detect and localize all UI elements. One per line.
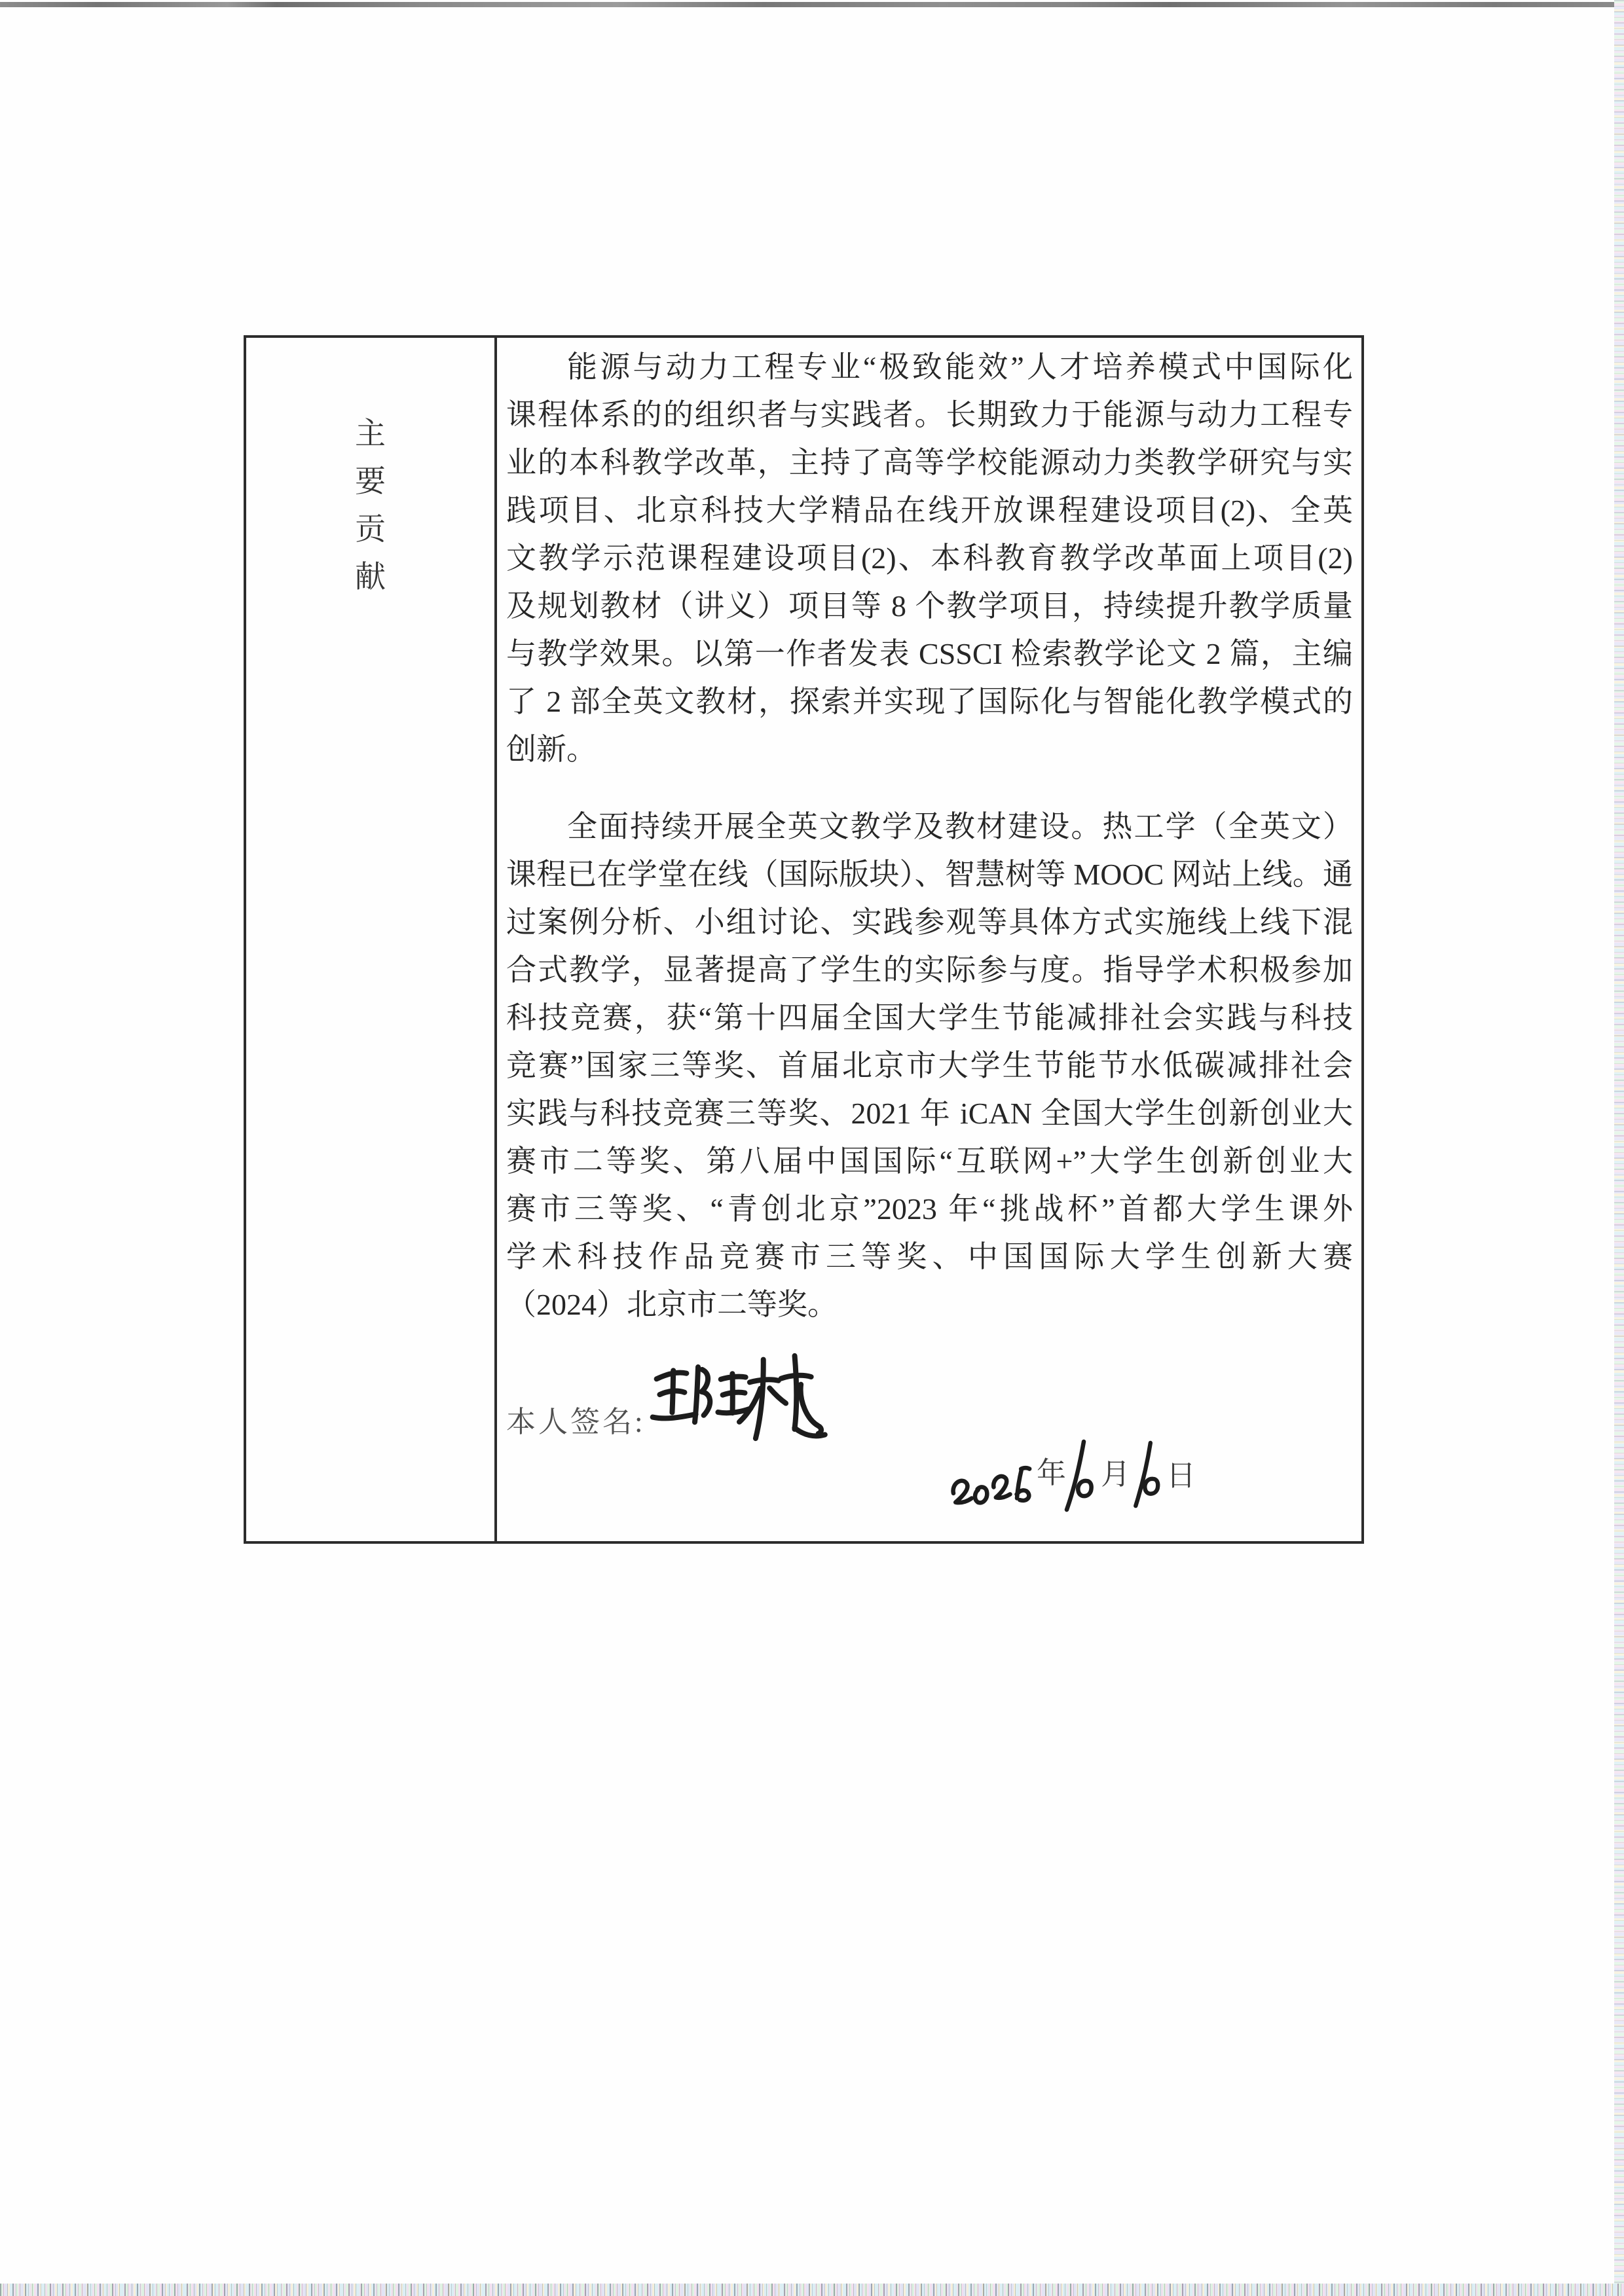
text-line: 了 2 部全英文教材，探索并实现了国际化与智能化教学模式的	[506, 678, 1353, 725]
text-line: 赛市三等奖、“青创北京”2023 年“挑战杯”首都大学生课外	[506, 1185, 1353, 1233]
handwritten-year	[948, 1461, 1033, 1508]
text-line: 学术科技作品竞赛市三等奖、中国国际大学生创新大赛	[506, 1233, 1353, 1281]
text-line: 及规划教材（讲义）项目等 8 个教学项目，持续提升教学质量	[506, 582, 1353, 630]
text-line: 业的本科教学改革，主持了高等学校能源动力类教学研究与实	[506, 439, 1353, 486]
text-line: 过案例分析、小组讨论、实践参观等具体方式实施线上线下混	[506, 898, 1353, 946]
scan-noise-right	[1614, 0, 1624, 2296]
signature-label: 本人签名:	[506, 1405, 646, 1439]
handwritten-month	[1060, 1439, 1096, 1512]
text-line: （2024）北京市二等奖。	[506, 1281, 1353, 1328]
text-line: 科技竞赛，获“第十四届全国大学生节能减排社会实践与科技	[506, 994, 1353, 1042]
text-line: 竞赛”国家三等奖、首届北京市大学生节能节水低碳减排社会	[506, 1042, 1353, 1089]
paragraph-courses-awards: 全面持续开展全英文教学及教材建设。热工学（全英文）课程已在学堂在线（国际版块）、…	[506, 803, 1353, 1328]
text-line: 课程已在学堂在线（国际版块）、智慧树等 MOOC 网站上线。通	[506, 850, 1353, 898]
handwritten-signature	[646, 1354, 829, 1452]
row-header-vertical-label: 主要贡献	[246, 419, 494, 593]
text-line: 课程体系的的组织者与实践者。长期致力于能源与动力工程专	[506, 391, 1353, 439]
signature-date: 年 月 日	[944, 1438, 1251, 1526]
row-header-char: 要	[355, 467, 386, 498]
contribution-table: 主要贡献 能源与动力工程专业“极致能效”人才培养模式中国际化课程体系的的组织者与…	[244, 335, 1364, 1544]
text-line: 创新。	[506, 725, 1353, 773]
text-line: 能源与动力工程专业“极致能效”人才培养模式中国际化	[506, 343, 1353, 391]
handwritten-day	[1126, 1442, 1164, 1510]
row-header-char: 献	[355, 562, 386, 593]
text-line: 赛市二等奖、第八届中国国际“互联网+”大学生创新创业大	[506, 1137, 1353, 1185]
paragraph-teaching-reform: 能源与动力工程专业“极致能效”人才培养模式中国际化课程体系的的组织者与实践者。长…	[506, 343, 1353, 773]
row-header-cell: 主要贡献	[246, 338, 497, 1541]
text-line: 合式教学，显著提高了学生的实际参与度。指导学术积极参加	[506, 946, 1353, 994]
day-unit-label: 日	[1166, 1461, 1196, 1491]
scan-edge-top	[0, 2, 1624, 7]
text-line: 文教学示范课程建设项目(2)、本科教育教学改革面上项目(2)	[506, 534, 1353, 582]
row-header-char: 主	[355, 419, 386, 450]
text-line: 实践与科技竞赛三等奖、2021 年 iCAN 全国大学生创新创业大	[506, 1089, 1353, 1137]
text-line: 与教学效果。以第一作者发表 CSSCI 检索教学论文 2 篇，主编	[506, 630, 1353, 678]
scan-noise-bottom	[0, 2284, 1624, 2296]
text-line: 践项目、北京科技大学精品在线开放课程建设项目(2)、全英	[506, 486, 1353, 534]
scanned-page: 主要贡献 能源与动力工程专业“极致能效”人才培养模式中国际化课程体系的的组织者与…	[0, 0, 1624, 2296]
row-header-char: 贡	[355, 515, 386, 545]
text-line: 全面持续开展全英文教学及教材建设。热工学（全英文）	[506, 803, 1353, 850]
